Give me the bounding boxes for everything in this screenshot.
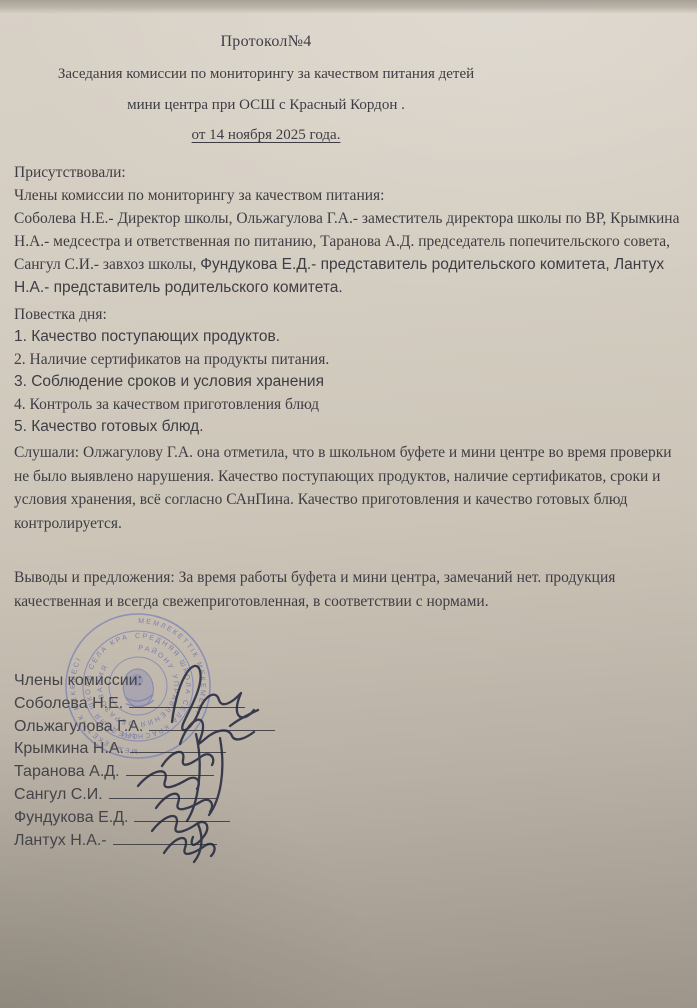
document-photo: Протокол№4 Заседания комиссии по монитор…: [0, 0, 697, 1008]
agenda-item-3: 3. Соблюдение сроков и условия хранения: [14, 371, 689, 394]
attendees-section: Присутствовали: Члены комиссии по монито…: [14, 161, 689, 299]
agenda-item-1: 1. Качество поступающих продуктов.: [14, 326, 689, 349]
doc-subtitle-2: мини центра при ОСШ с Красный Кордон .: [0, 97, 532, 114]
attendees-list: Соболева Н.Е.- Директор школы, Ольжагуло…: [14, 207, 689, 299]
doc-subtitle-1: Заседания комиссии по мониторингу за кач…: [0, 66, 532, 83]
attendees-subheading: Члены комиссии по мониторингу за качеств…: [14, 184, 689, 207]
agenda-item-2: 2. Наличие сертификатов на продукты пита…: [14, 349, 689, 372]
heard-paragraph: Слушали: Олжагулову Г.А. она отметила, ч…: [14, 441, 689, 535]
agenda-section: Повестка дня: 1. Качество поступающих пр…: [14, 303, 689, 535]
attendees-heading: Присутствовали:: [14, 161, 689, 184]
signature-ink: [80, 638, 340, 868]
doc-title: Протокол№4: [0, 33, 532, 51]
agenda-heading: Повестка дня:: [14, 303, 689, 326]
conclusions-paragraph: Выводы и предложения: За время работы бу…: [14, 566, 689, 614]
agenda-item-4: 4. Контроль за качеством приготовления б…: [14, 394, 689, 417]
protocol-document: Протокол№4 Заседания комиссии по монитор…: [0, 0, 697, 1008]
doc-date-line: от 14 ноября 2025 года.: [0, 127, 532, 144]
agenda-item-5: 5. Качество готовых блюд.: [14, 416, 689, 439]
